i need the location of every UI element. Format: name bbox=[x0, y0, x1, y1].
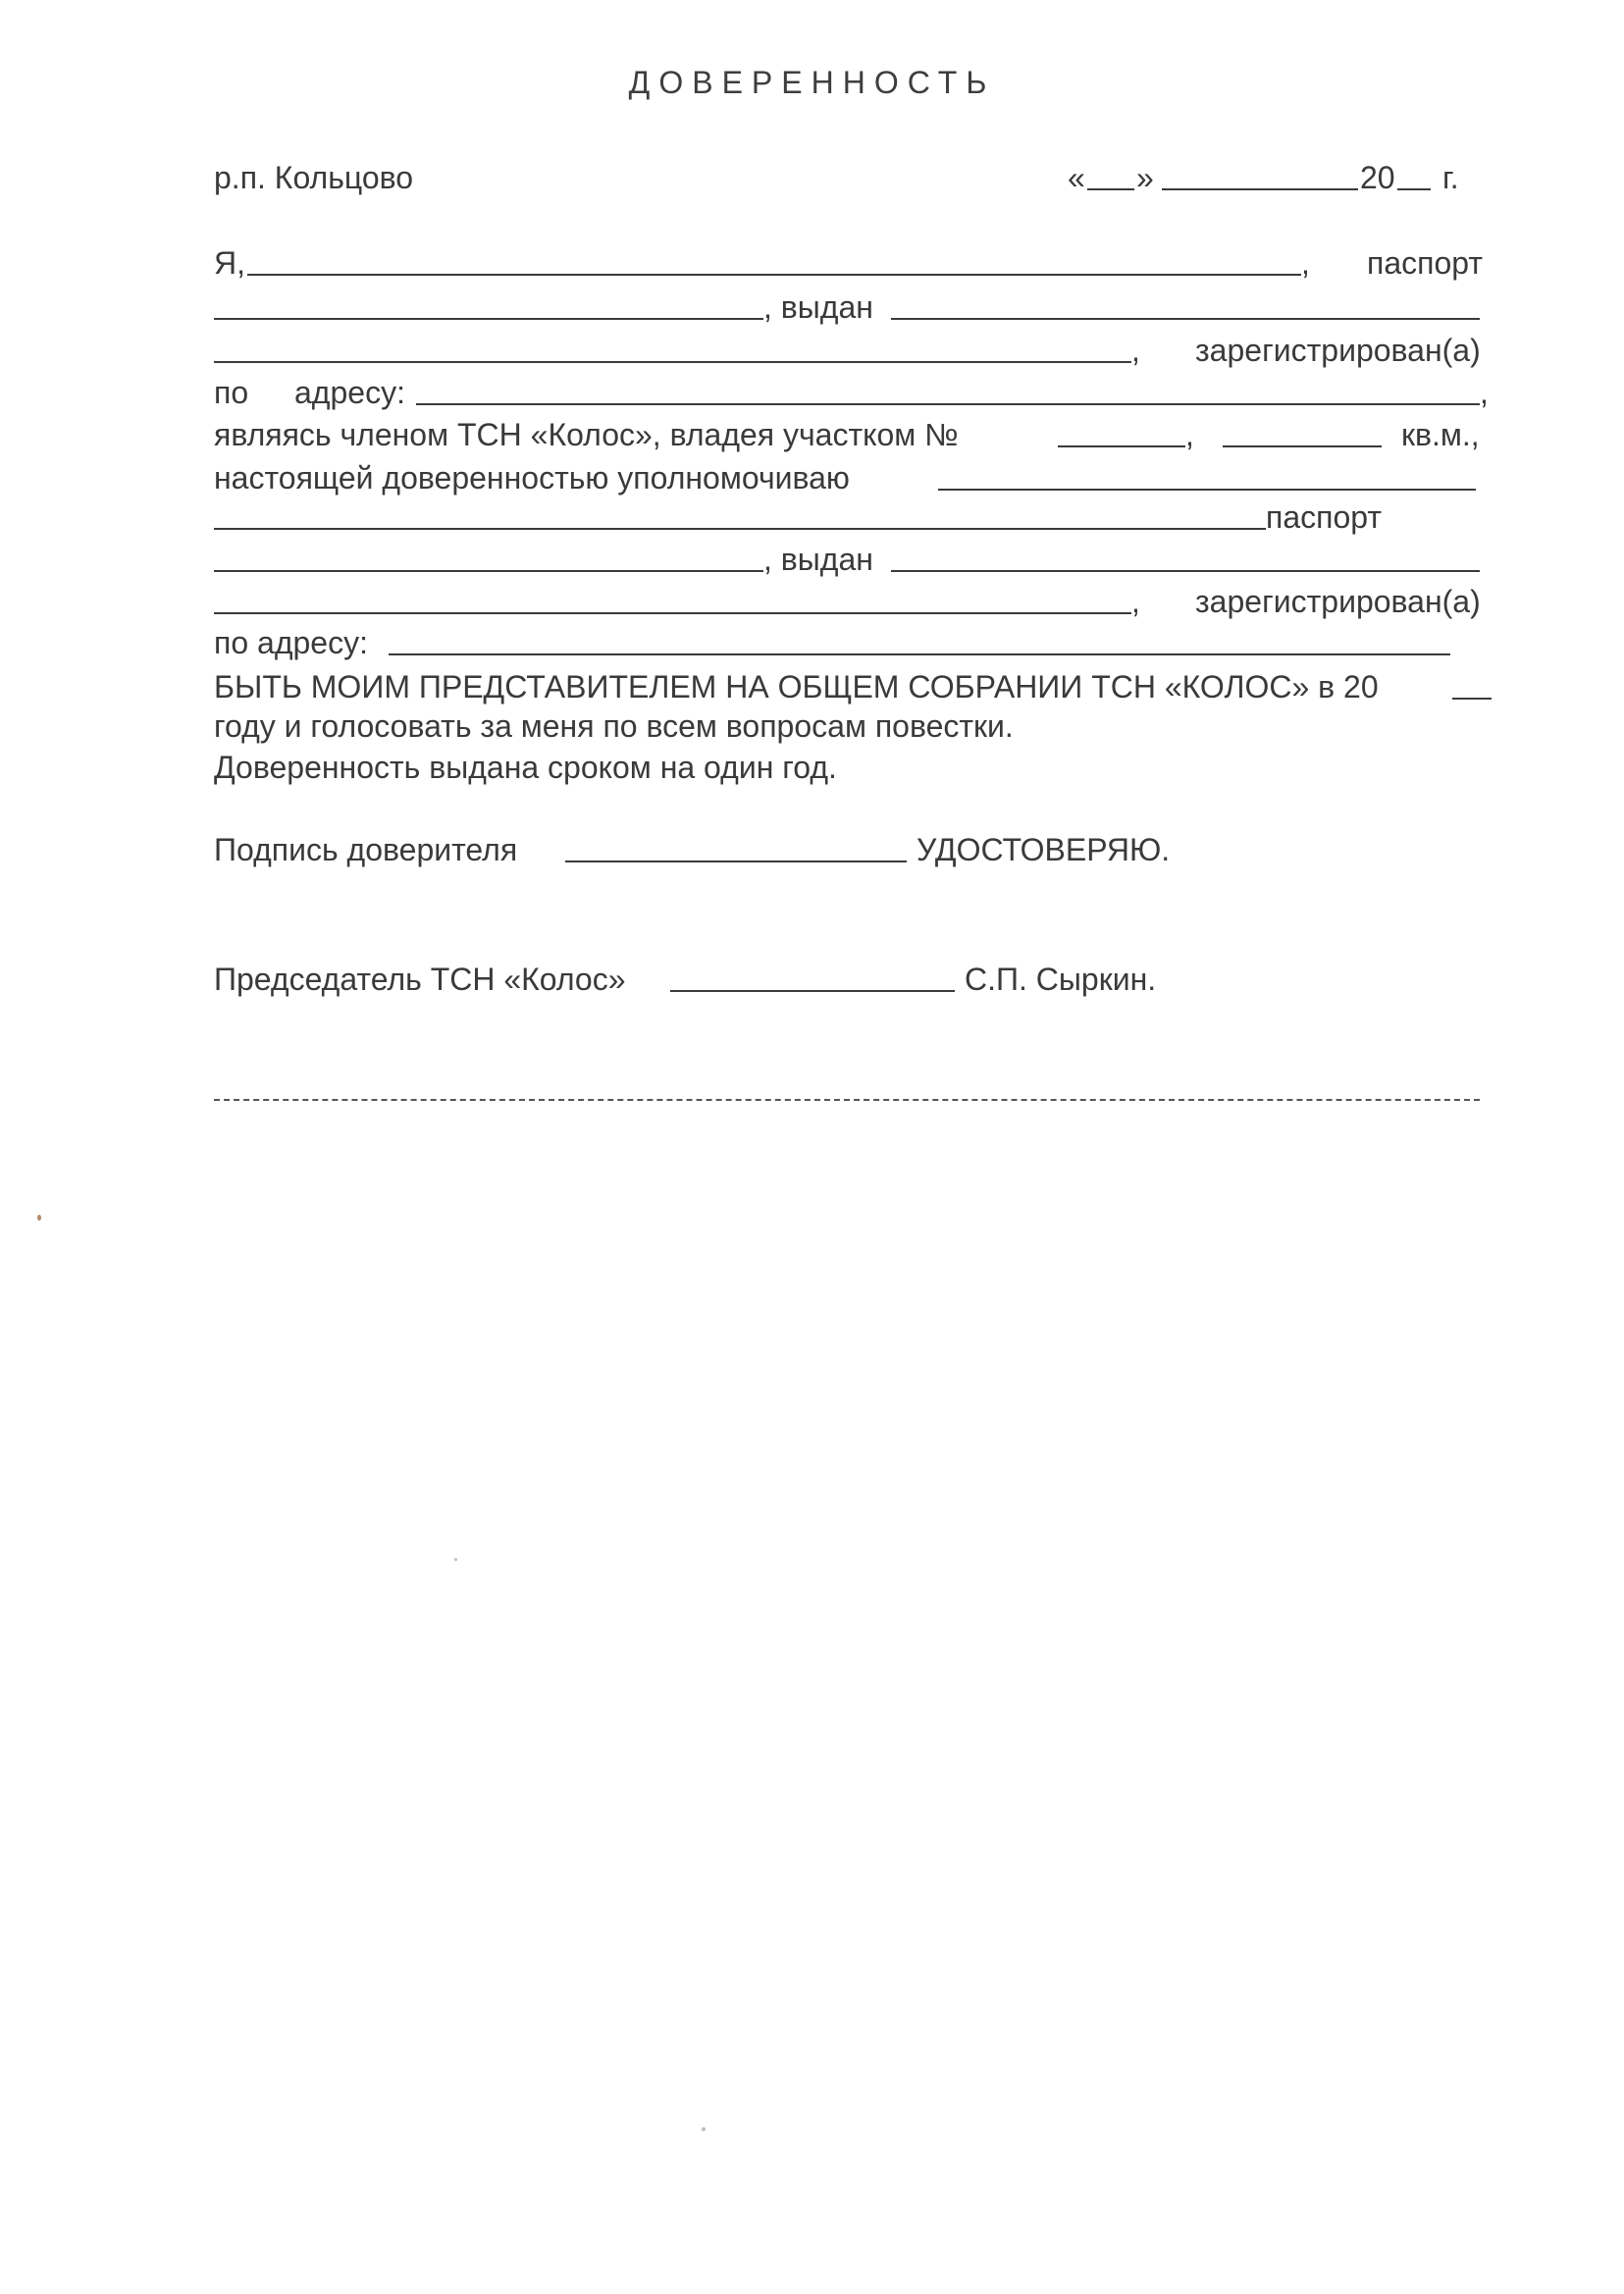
body-line-2: году и голосовать за меня по всем вопрос… bbox=[214, 706, 1492, 746]
signature-label: Подпись доверителя bbox=[214, 830, 517, 869]
comma: , bbox=[1185, 415, 1194, 454]
principal-issued-by-field-cont[interactable] bbox=[214, 331, 1131, 363]
signature-row: Подпись доверителя УДОСТОВЕРЯЮ. bbox=[214, 830, 1492, 869]
scan-speck bbox=[702, 2127, 706, 2131]
principal-passport-row: , выдан bbox=[214, 287, 1492, 327]
year-suffix: г. bbox=[1442, 158, 1459, 197]
principal-passport-label: паспорт bbox=[1367, 243, 1483, 283]
attorney-issued-by-field-cont[interactable] bbox=[214, 582, 1131, 614]
principal-issued-by-field[interactable] bbox=[891, 287, 1480, 320]
comma: , bbox=[1301, 243, 1310, 283]
authorize-text: настоящей доверенностью уполномочиваю bbox=[214, 458, 850, 497]
chairman-row: Председатель ТСН «Колос» С.П. Сыркин. bbox=[214, 960, 1492, 999]
attorney-address-field[interactable] bbox=[389, 623, 1450, 655]
attorney-issued-by-field[interactable] bbox=[891, 540, 1480, 572]
principal-issued-label: , выдан bbox=[763, 287, 873, 327]
membership-text: являясь членом ТСН «Колос», владея участ… bbox=[214, 415, 959, 454]
attorney-address-row: по адресу: bbox=[214, 623, 1492, 662]
date-close-quote: » bbox=[1136, 158, 1154, 197]
body-line-1-text: БЫТЬ МОИМ ПРЕДСТАВИТЕЛЕМ НА ОБЩЕМ СОБРАН… bbox=[214, 667, 1379, 706]
chairman-label: Председатель ТСН «Колос» bbox=[214, 960, 626, 999]
principal-address-label: адресу: bbox=[294, 373, 405, 412]
chairman-name: С.П. Сыркин. bbox=[965, 960, 1156, 999]
date-open-quote: « bbox=[1068, 158, 1085, 197]
year-prefix: 20 bbox=[1360, 158, 1395, 197]
principal-passport-field[interactable] bbox=[214, 287, 763, 320]
attorney-name-field[interactable] bbox=[938, 458, 1476, 491]
principal-registered-label: зарегистрирован(а) bbox=[1195, 331, 1481, 370]
plot-area-field[interactable] bbox=[1223, 415, 1382, 447]
principal-prefix: Я, bbox=[214, 243, 245, 283]
attorney-address-label: по адресу: bbox=[214, 623, 368, 662]
area-unit: кв.м., bbox=[1401, 415, 1480, 454]
attorney-registered-row: , зарегистрирован(а) bbox=[214, 582, 1492, 621]
principal-address-row: по адресу: , bbox=[214, 373, 1492, 412]
attorney-passport-field[interactable] bbox=[214, 540, 763, 572]
principal-name-field[interactable] bbox=[247, 243, 1301, 276]
scan-speck bbox=[37, 1215, 41, 1221]
authorize-row: настоящей доверенностью уполномочиваю bbox=[214, 458, 1492, 497]
month-field[interactable] bbox=[1162, 158, 1358, 190]
principal-signature-field[interactable] bbox=[565, 830, 907, 862]
body-line-3-text: Доверенность выдана сроком на один год. bbox=[214, 748, 837, 787]
principal-name-row: Я, , паспорт bbox=[214, 243, 1492, 283]
year-field[interactable] bbox=[1397, 158, 1431, 190]
attorney-passport-label: паспорт bbox=[1266, 497, 1382, 537]
cut-line bbox=[214, 1099, 1480, 1101]
certify-text: УДОСТОВЕРЯЮ. bbox=[917, 830, 1170, 869]
scan-speck bbox=[454, 1558, 457, 1561]
comma: , bbox=[1480, 373, 1489, 412]
document-title: ДОВЕРЕННОСТЬ bbox=[0, 65, 1624, 101]
attorney-registered-label: зарегистрирован(а) bbox=[1195, 582, 1481, 621]
chairman-signature-field[interactable] bbox=[670, 960, 955, 992]
body-line-2-text: году и голосовать за меня по всем вопрос… bbox=[214, 706, 1014, 746]
principal-address-label-po: по bbox=[214, 373, 248, 412]
comma: , bbox=[1131, 331, 1140, 370]
place-date-row: р.п. Кольцово « » 20 г. bbox=[214, 158, 1492, 197]
day-field[interactable] bbox=[1087, 158, 1134, 190]
body-line-3: Доверенность выдана сроком на один год. bbox=[214, 748, 1492, 787]
membership-row: являясь членом ТСН «Колос», владея участ… bbox=[214, 415, 1492, 454]
attorney-name-row: паспорт bbox=[214, 497, 1492, 537]
attorney-name-field-cont[interactable] bbox=[214, 497, 1266, 530]
body-line-1: БЫТЬ МОИМ ПРЕДСТАВИТЕЛЕМ НА ОБЩЕМ СОБРАН… bbox=[214, 667, 1492, 706]
plot-number-field[interactable] bbox=[1058, 415, 1185, 447]
principal-address-field[interactable] bbox=[416, 373, 1480, 405]
attorney-issued-label: , выдан bbox=[763, 540, 873, 579]
comma: , bbox=[1131, 582, 1140, 621]
attorney-passport-row: , выдан bbox=[214, 540, 1492, 579]
principal-registered-row: , зарегистрирован(а) bbox=[214, 331, 1492, 370]
place-text: р.п. Кольцово bbox=[214, 158, 413, 197]
meeting-year-field[interactable] bbox=[1452, 667, 1492, 700]
